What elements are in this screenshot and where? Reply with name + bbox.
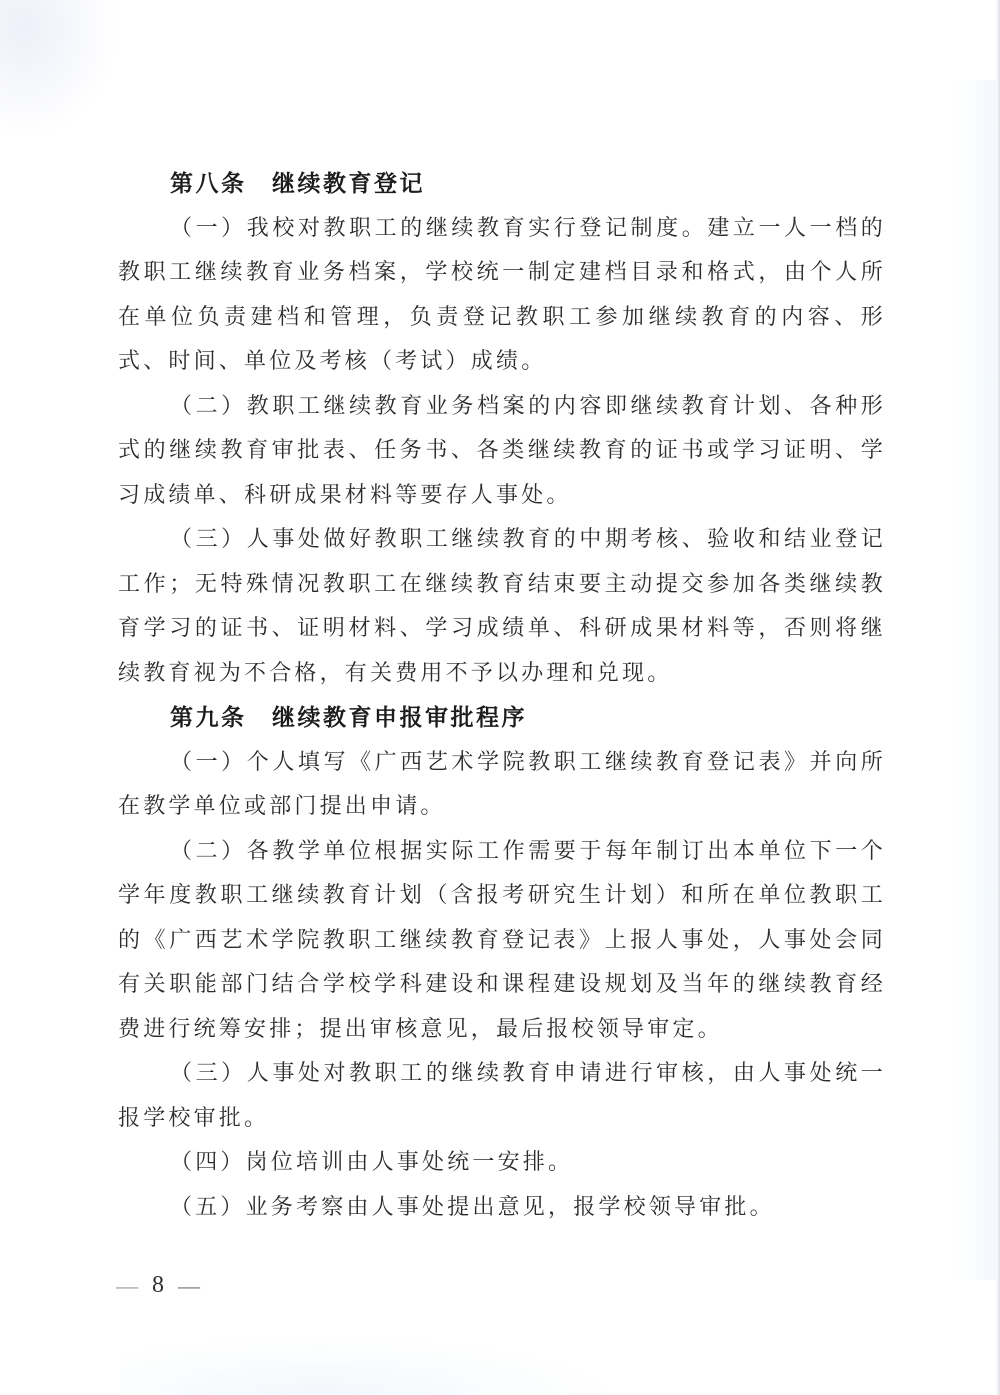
page-number-dash-left: — xyxy=(116,1273,138,1299)
page-number: 8 xyxy=(152,1272,164,1299)
paragraph-article9-item2: （二）各教学单位根据实际工作需要于每年制订出本单位下一个学年度教职工继续教育计划… xyxy=(118,829,886,1052)
scan-artifact-right-edge xyxy=(995,0,1000,1395)
paragraph-article9-item3: （三）人事处对教职工的继续教育申请进行审核，由人事处统一报学校审批。 xyxy=(118,1051,886,1140)
paragraph-article8-item3: （三）人事处做好教职工继续教育的中期考核、验收和结业登记工作；无特殊情况教职工在… xyxy=(118,517,886,695)
paragraph-article8-item2: （二）教职工继续教育业务档案的内容即继续教育计划、各种形式的继续教育审批表、任务… xyxy=(118,384,886,518)
section-heading-article-9: 第九条 继续教育申报审批程序 xyxy=(118,695,886,740)
section-heading-article-8: 第八条 继续教育登记 xyxy=(118,161,886,206)
paragraph-article9-item1: （一）个人填写《广西艺术学院教职工继续教育登记表》并向所在教学单位或部门提出申请… xyxy=(118,740,886,829)
scan-artifact-bottom-tint xyxy=(120,1335,620,1395)
paragraph-article9-item5: （五）业务考察由人事处提出意见，报学校领导审批。 xyxy=(118,1185,886,1230)
page-footer: — 8 — xyxy=(116,1272,200,1299)
document-page: 第八条 继续教育登记 （一）我校对教职工的继续教育实行登记制度。建立一人一档的教… xyxy=(0,0,1000,1395)
paragraph-article8-item1: （一）我校对教职工的继续教育实行登记制度。建立一人一档的教职工继续教育业务档案，… xyxy=(118,206,886,384)
page-number-dash-right: — xyxy=(178,1273,200,1299)
paragraph-article9-item4: （四）岗位培训由人事处统一安排。 xyxy=(118,1140,886,1185)
scan-artifact-right-tint xyxy=(956,80,996,1280)
scan-artifact-topleft xyxy=(0,0,120,140)
document-body: 第八条 继续教育登记 （一）我校对教职工的继续教育实行登记制度。建立一人一档的教… xyxy=(118,161,886,1229)
